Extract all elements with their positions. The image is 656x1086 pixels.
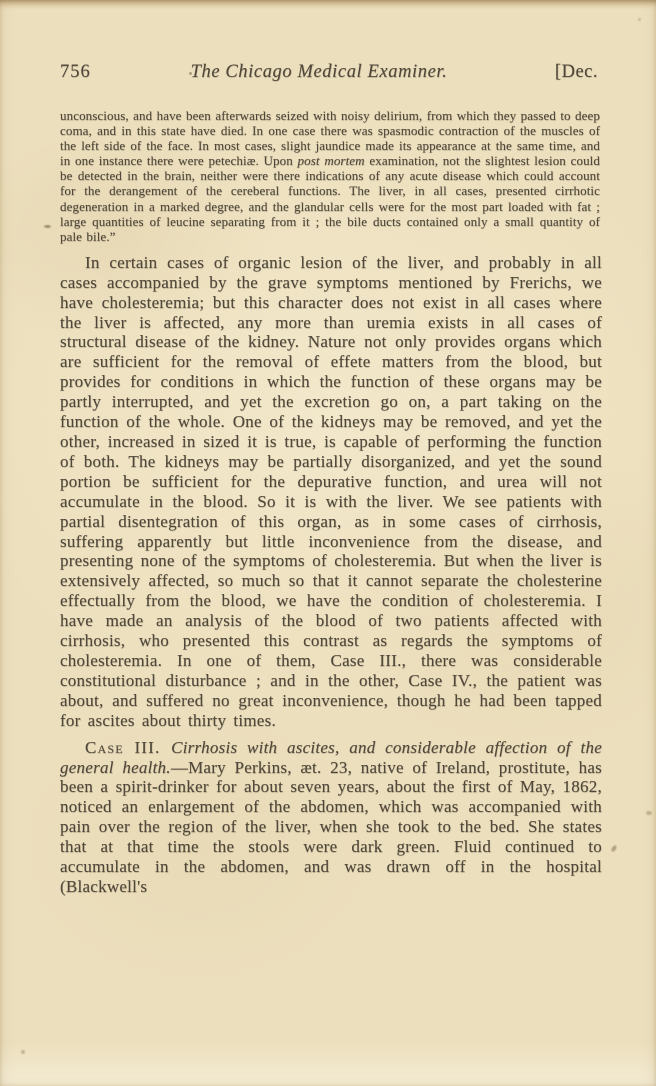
page-number: 756 [60,60,132,84]
case-iii-body-text: —Mary Perkins, æt. 23, native of Ireland… [60,758,602,896]
journal-title: The Chicago Medical Examiner. [132,60,506,84]
ink-speck [44,225,51,228]
issue-month: [Dec. [506,60,620,84]
paper-speck [646,811,652,815]
paper-speck [21,1050,25,1054]
scanned-page: 756 The Chicago Medical Examiner. [Dec. … [0,0,656,1086]
case-iii-paragraph: Case III. Cirrhosis with ascites, and co… [60,738,602,897]
body-paragraph: In certain cases of organic lesion of th… [60,253,602,731]
case-iii-label: Case III. [85,738,171,757]
latin-phrase-post-mortem: post mortem [298,153,365,168]
page-header: 756 The Chicago Medical Examiner. [Dec. [60,60,620,84]
quoted-excerpt-paragraph: unconscious, and have been afterwards se… [60,108,600,244]
ink-speck [610,844,617,852]
paper-speck [638,18,641,21]
